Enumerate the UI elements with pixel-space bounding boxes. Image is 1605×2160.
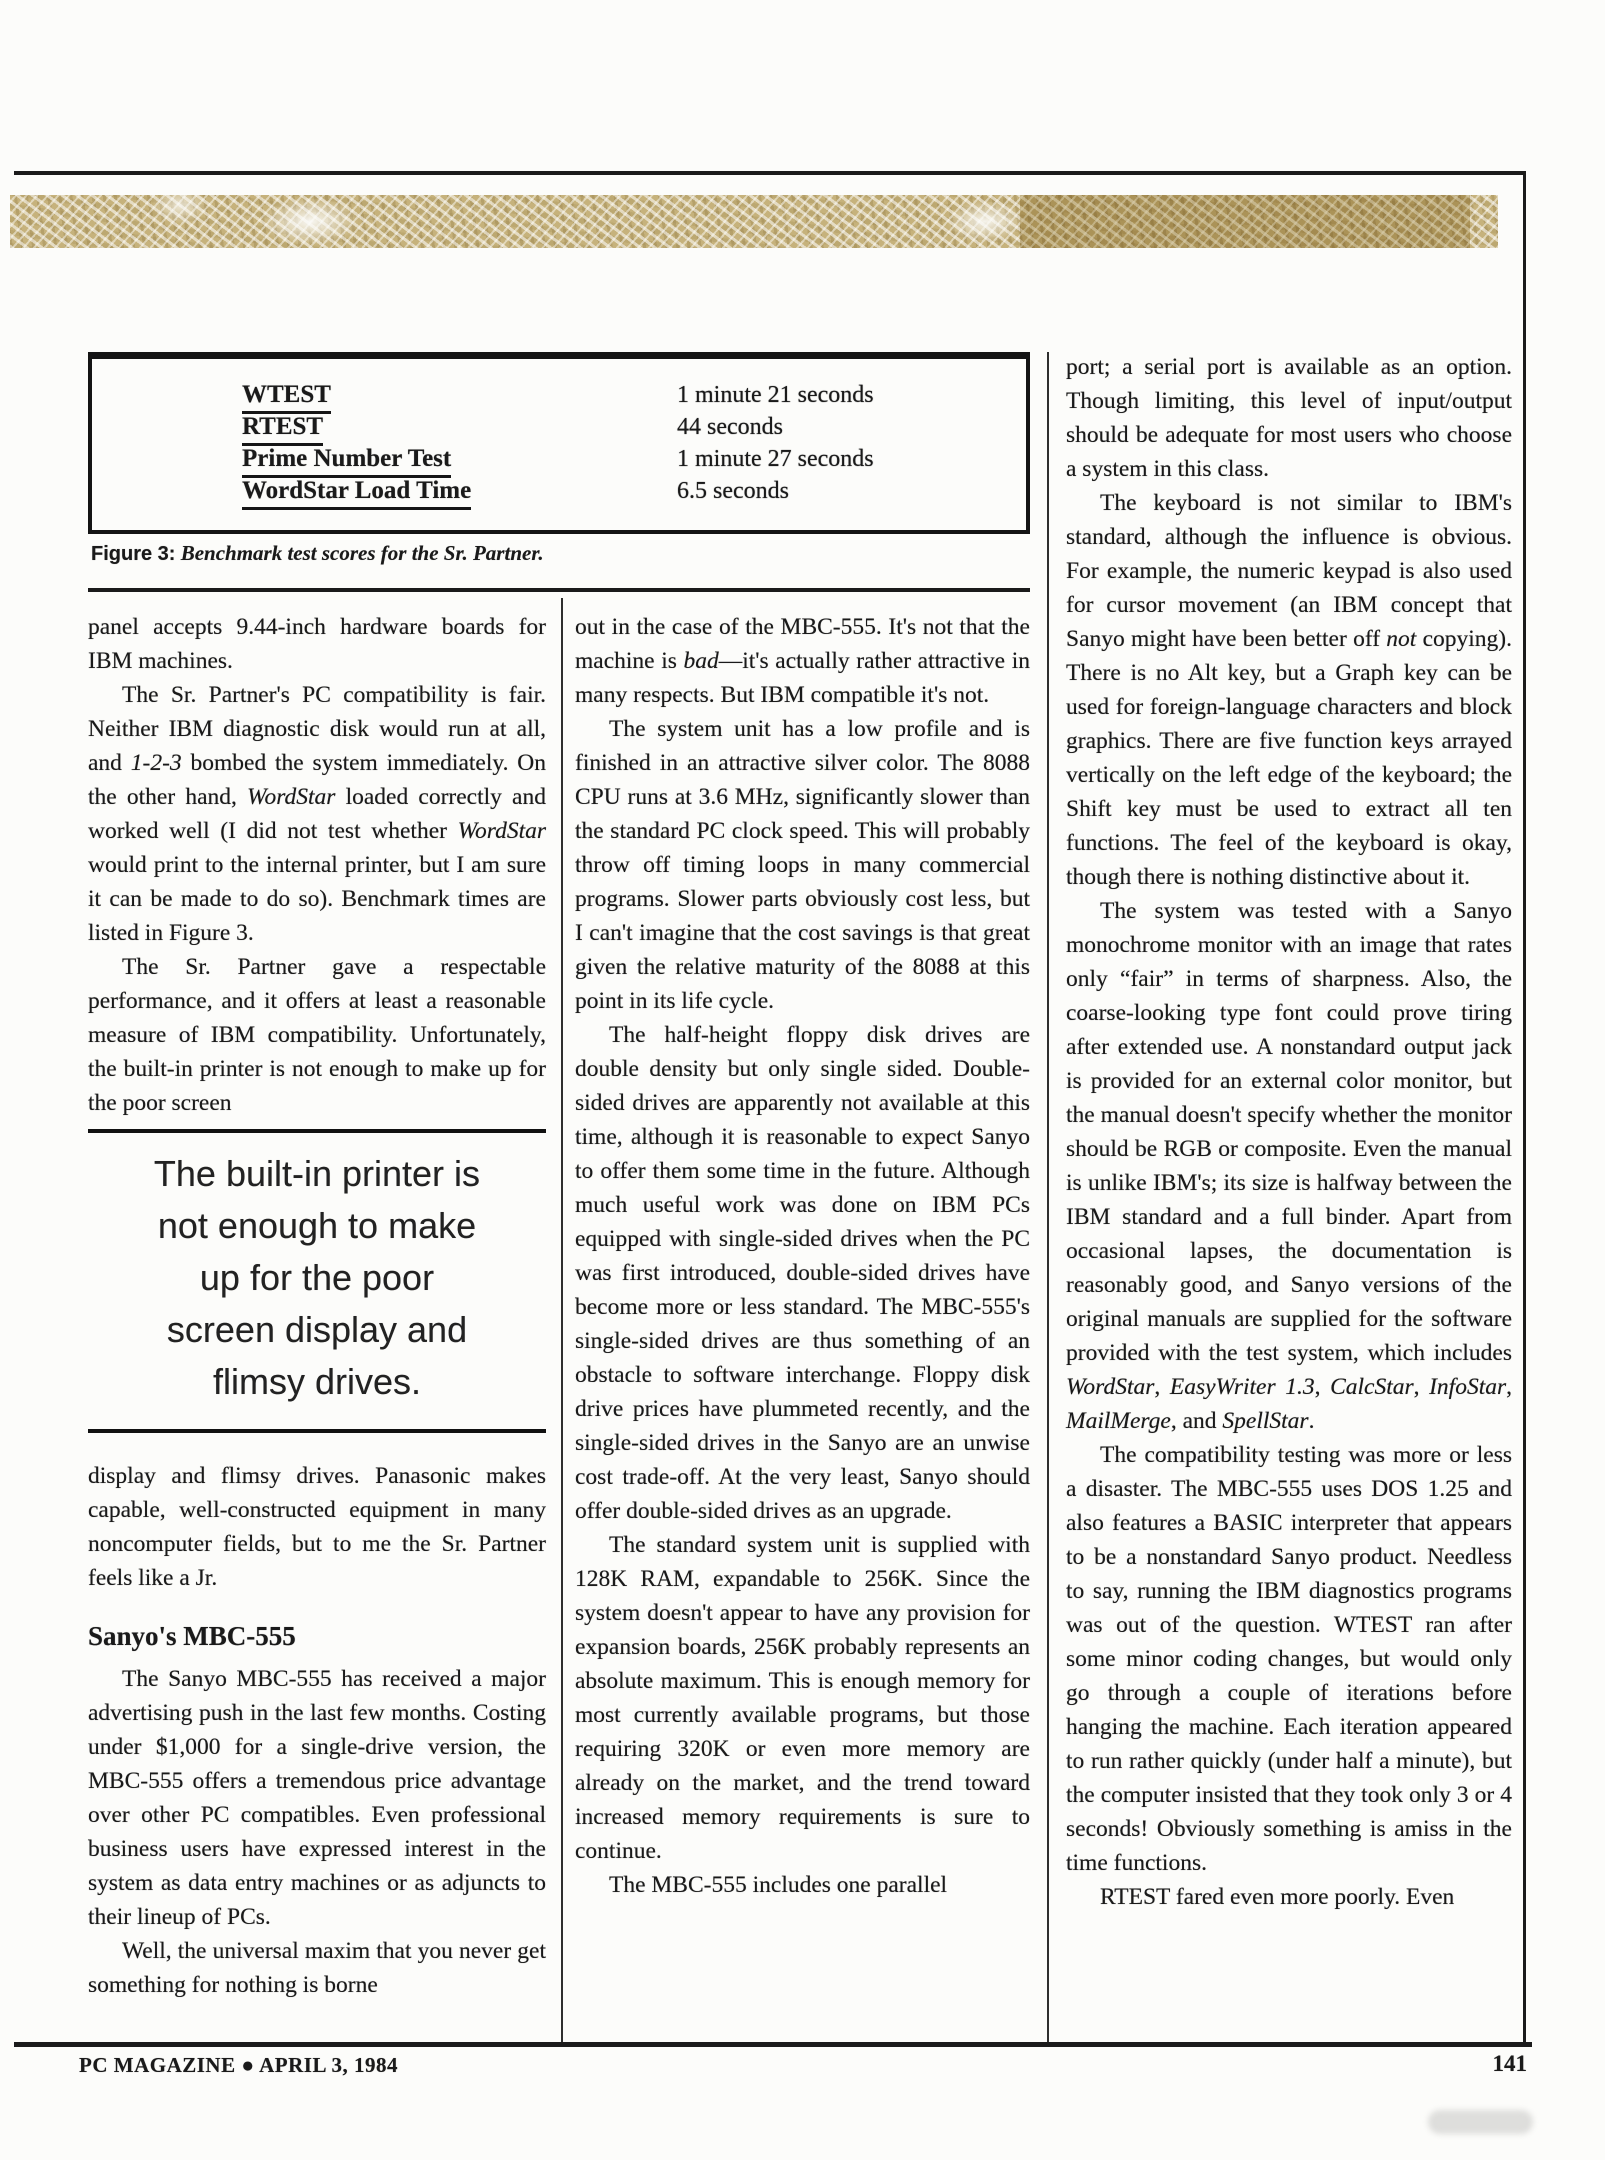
column-2: out in the case of the MBC-555. It's not… — [575, 610, 1030, 1902]
paragraph: The Sr. Partner's PC compatibility is fa… — [88, 678, 546, 950]
paragraph: The system was tested with a Sanyo monoc… — [1066, 894, 1512, 1438]
caption-rule — [88, 588, 1030, 592]
figure-row-label: Prime Number Test — [242, 443, 451, 478]
figure-caption-label: Figure 3: — [91, 543, 175, 565]
figure-caption: Figure 3: Benchmark test scores for the … — [91, 541, 1033, 566]
figure-row: WordStar Load Time 6.5 seconds — [92, 475, 1026, 507]
figure-caption-text: Benchmark test scores for the Sr. Partne… — [175, 541, 543, 565]
pull-quote-line: screen display and — [88, 1304, 546, 1356]
pull-quote-line: The built-in printer is — [88, 1148, 546, 1200]
scan-smudge — [1428, 2110, 1533, 2134]
ornament-band — [10, 195, 1498, 248]
figure-row: WTEST 1 minute 21 seconds — [92, 379, 1026, 411]
section-heading: Sanyo's MBC-555 — [88, 1619, 546, 1653]
figure-row-label: RTEST — [242, 411, 323, 446]
paragraph: The keyboard is not similar to IBM's sta… — [1066, 486, 1512, 894]
magazine-page: WTEST 1 minute 21 seconds RTEST 44 secon… — [0, 0, 1605, 2160]
figure-row: Prime Number Test 1 minute 27 seconds — [92, 443, 1026, 475]
pull-quote-line: up for the poor — [88, 1252, 546, 1304]
right-edge-rule — [1523, 171, 1526, 2045]
pull-quote-line: flimsy drives. — [88, 1356, 546, 1408]
figure-row-value: 44 seconds — [677, 411, 783, 443]
paragraph: The Sr. Partner gave a respectable perfo… — [88, 950, 546, 1120]
column-1: panel accepts 9.44-inch hardware boards … — [88, 610, 546, 2002]
paragraph: The standard system unit is supplied wit… — [575, 1528, 1030, 1868]
figure-row-value: 1 minute 27 seconds — [677, 443, 874, 475]
paragraph: out in the case of the MBC-555. It's not… — [575, 610, 1030, 712]
figure-row-value: 1 minute 21 seconds — [677, 379, 874, 411]
paragraph: display and flimsy drives. Panasonic mak… — [88, 1459, 546, 1595]
paragraph: The compatibility testing was more or le… — [1066, 1438, 1512, 1880]
footer-rule — [14, 2042, 1532, 2047]
figure-row-label: WordStar Load Time — [242, 475, 471, 510]
pull-quote: The built-in printer is not enough to ma… — [88, 1129, 546, 1433]
paragraph: The half-height floppy disk drives are d… — [575, 1018, 1030, 1528]
column-divider — [561, 598, 563, 2043]
figure-row-label: WTEST — [242, 379, 331, 414]
paragraph: Well, the universal maxim that you never… — [88, 1934, 546, 2002]
paragraph: The system unit has a low profile and is… — [575, 712, 1030, 1018]
column-divider — [1047, 352, 1049, 2043]
pull-quote-line: not enough to make — [88, 1200, 546, 1252]
paragraph: The MBC-555 includes one parallel — [575, 1868, 1030, 1902]
paragraph: RTEST fared even more poorly. Even — [1066, 1880, 1512, 1914]
paragraph: The Sanyo MBC-555 has received a major a… — [88, 1662, 546, 1934]
footer-magazine-title: PC MAGAZINE ● APRIL 3, 1984 — [79, 2053, 398, 2078]
paragraph: panel accepts 9.44-inch hardware boards … — [88, 610, 546, 678]
figure-box: WTEST 1 minute 21 seconds RTEST 44 secon… — [88, 352, 1030, 534]
figure-row-value: 6.5 seconds — [677, 475, 789, 507]
header-rule — [14, 171, 1526, 175]
column-3: port; a serial port is available as an o… — [1066, 350, 1512, 1914]
paragraph: port; a serial port is available as an o… — [1066, 350, 1512, 486]
figure-row: RTEST 44 seconds — [92, 411, 1026, 443]
footer-page-number: 141 — [1493, 2051, 1528, 2077]
